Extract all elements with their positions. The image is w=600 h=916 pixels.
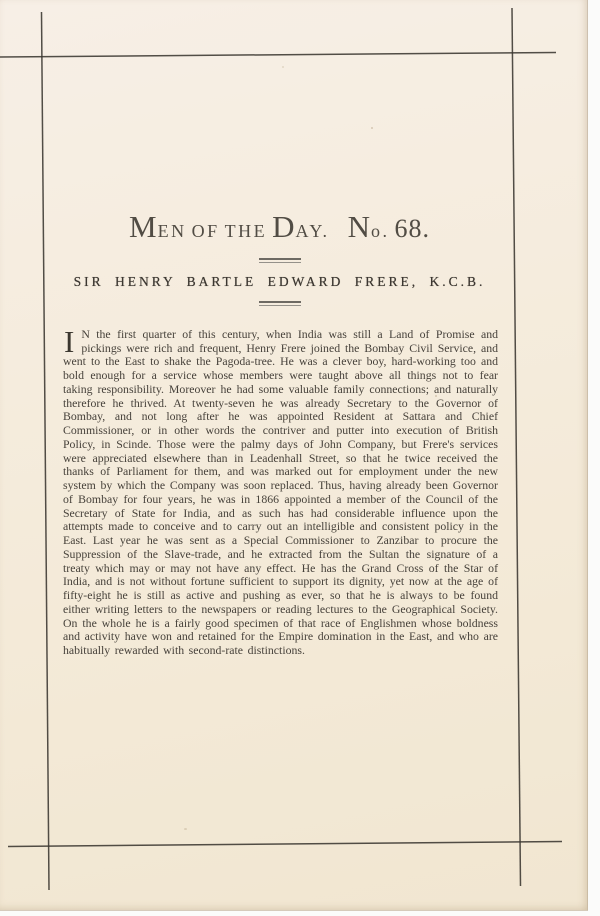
rule-thick-line xyxy=(259,301,301,303)
drop-cap: I xyxy=(63,328,81,355)
ornamental-rule xyxy=(259,258,301,263)
article-title: SIR HENRY BARTLE EDWARD FRERE, K.C.B. xyxy=(41,274,518,290)
article-body: IN the first quarter of this century, wh… xyxy=(63,328,498,658)
page-content: MEN OF THE DAY.No. 68. SIR HENRY BARTLE … xyxy=(41,0,518,916)
masthead-initial-m: M xyxy=(129,209,158,244)
masthead-text: EN xyxy=(158,221,187,241)
masthead-text: AY. xyxy=(296,221,330,241)
masthead-initial-d: D xyxy=(272,209,295,244)
issue-abbrev: o. xyxy=(371,221,390,241)
masthead: MEN OF THE DAY.No. 68. xyxy=(41,211,518,244)
rule-thin-line xyxy=(259,262,301,263)
ornamental-rule xyxy=(259,301,301,306)
issue-initial-n: N xyxy=(348,209,371,244)
rule-thin-line xyxy=(259,305,301,306)
issue-number: 68. xyxy=(394,214,430,243)
masthead-text: THE xyxy=(225,221,268,241)
masthead-text: OF xyxy=(192,221,220,241)
rule-thick-line xyxy=(259,258,301,260)
scanned-page: MEN OF THE DAY.No. 68. SIR HENRY BARTLE … xyxy=(0,0,600,916)
article-text: N the first quarter of this century, whe… xyxy=(63,327,498,657)
